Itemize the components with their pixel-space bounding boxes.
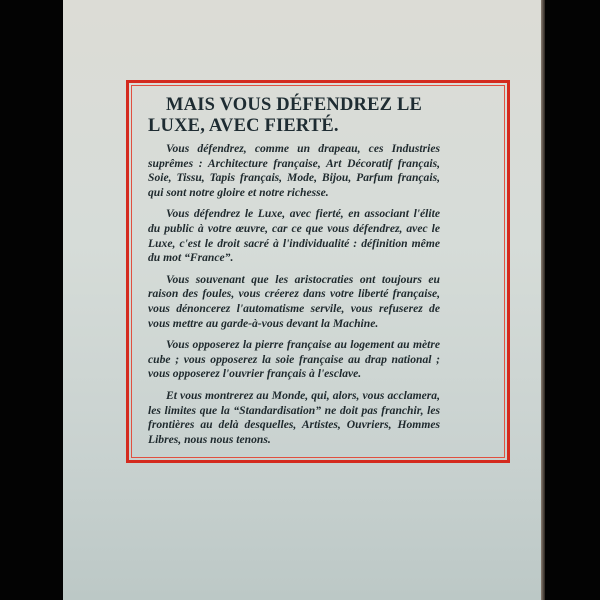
page-edge-shadow <box>541 0 545 600</box>
paragraph-3: Vous souvenant que les aristocraties ont… <box>148 273 440 331</box>
paragraph-4: Vous opposerez la pierre française au lo… <box>148 338 440 382</box>
text-block: MAIS VOUS DÉFENDREZ LE LUXE, AVEC FIERTÉ… <box>148 95 440 454</box>
paragraph-1: Vous défendrez, comme un drapeau, ces In… <box>148 142 440 200</box>
printed-page: MAIS VOUS DÉFENDREZ LE LUXE, AVEC FIERTÉ… <box>63 0 541 600</box>
page-heading: MAIS VOUS DÉFENDREZ LE LUXE, AVEC FIERTÉ… <box>148 95 440 137</box>
paragraph-5: Et vous montrerez au Monde, qui, alors, … <box>148 389 440 447</box>
red-double-border-frame: MAIS VOUS DÉFENDREZ LE LUXE, AVEC FIERTÉ… <box>126 80 510 463</box>
paragraph-2: Vous défendrez le Luxe, avec fierté, en … <box>148 207 440 265</box>
